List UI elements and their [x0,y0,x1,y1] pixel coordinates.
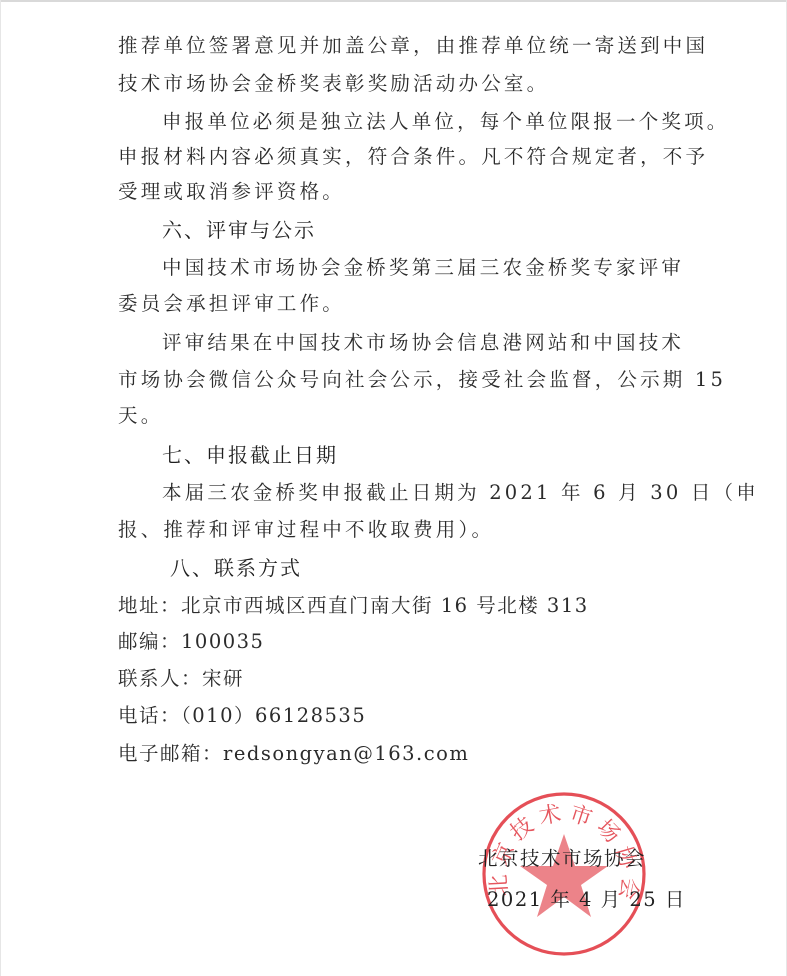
signature-organization: 北京技术市场协会 [478,846,646,872]
section-heading-deadline: 七、申报截止日期 [162,442,338,468]
signature-date: 2021 年 4 月 25 日 [487,887,686,913]
contact-email: 电子邮箱：redsongyan@163.com [118,741,469,767]
paragraph-line: 受理或取消参评资格。 [118,179,345,205]
paragraph-line: 委员会承担评审工作。 [118,291,345,317]
contact-phone: 电话：（010）66128535 [118,703,366,729]
contact-postcode: 邮编：100035 [118,629,264,655]
paragraph-line: 技术市场协会金桥奖表彰奖励活动办公室。 [118,71,549,97]
paragraph-line: 申报单位必须是独立法人单位，每个单位限报一个奖项。 [162,109,730,135]
paragraph-line: 市场协会微信公众号向社会公示，接受社会监督，公示期 15 [118,367,726,393]
official-seal-stamp: 北京技术市场协会 [480,790,648,958]
paragraph-line: 报、推荐和评审过程中不收取费用）。 [118,517,494,543]
paragraph-line: 推荐单位签署意见并加盖公章，由推荐单位统一寄送到中国 [118,33,708,59]
section-heading-review: 六、评审与公示 [162,217,316,243]
paragraph-line: 中国技术市场协会金桥奖第三届三农金桥奖专家评审 [162,255,684,281]
paragraph-line: 天。 [118,403,163,429]
paragraph-line: 本届三农金桥奖申报截止日期为 2021 年 6 月 30 日（申 [162,480,759,506]
section-heading-contact: 八、联系方式 [170,555,302,581]
contact-person: 联系人：宋研 [118,666,244,692]
page-edge-top [0,0,787,2]
paragraph-line: 申报材料内容必须真实，符合条件。凡不符合规定者，不予 [118,144,708,170]
page-edge-left [0,0,1,976]
contact-address: 地址：北京市西城区西直门南大街 16 号北楼 313 [118,593,589,619]
paragraph-line: 评审结果在中国技术市场协会信息港网站和中国技术 [162,330,684,356]
